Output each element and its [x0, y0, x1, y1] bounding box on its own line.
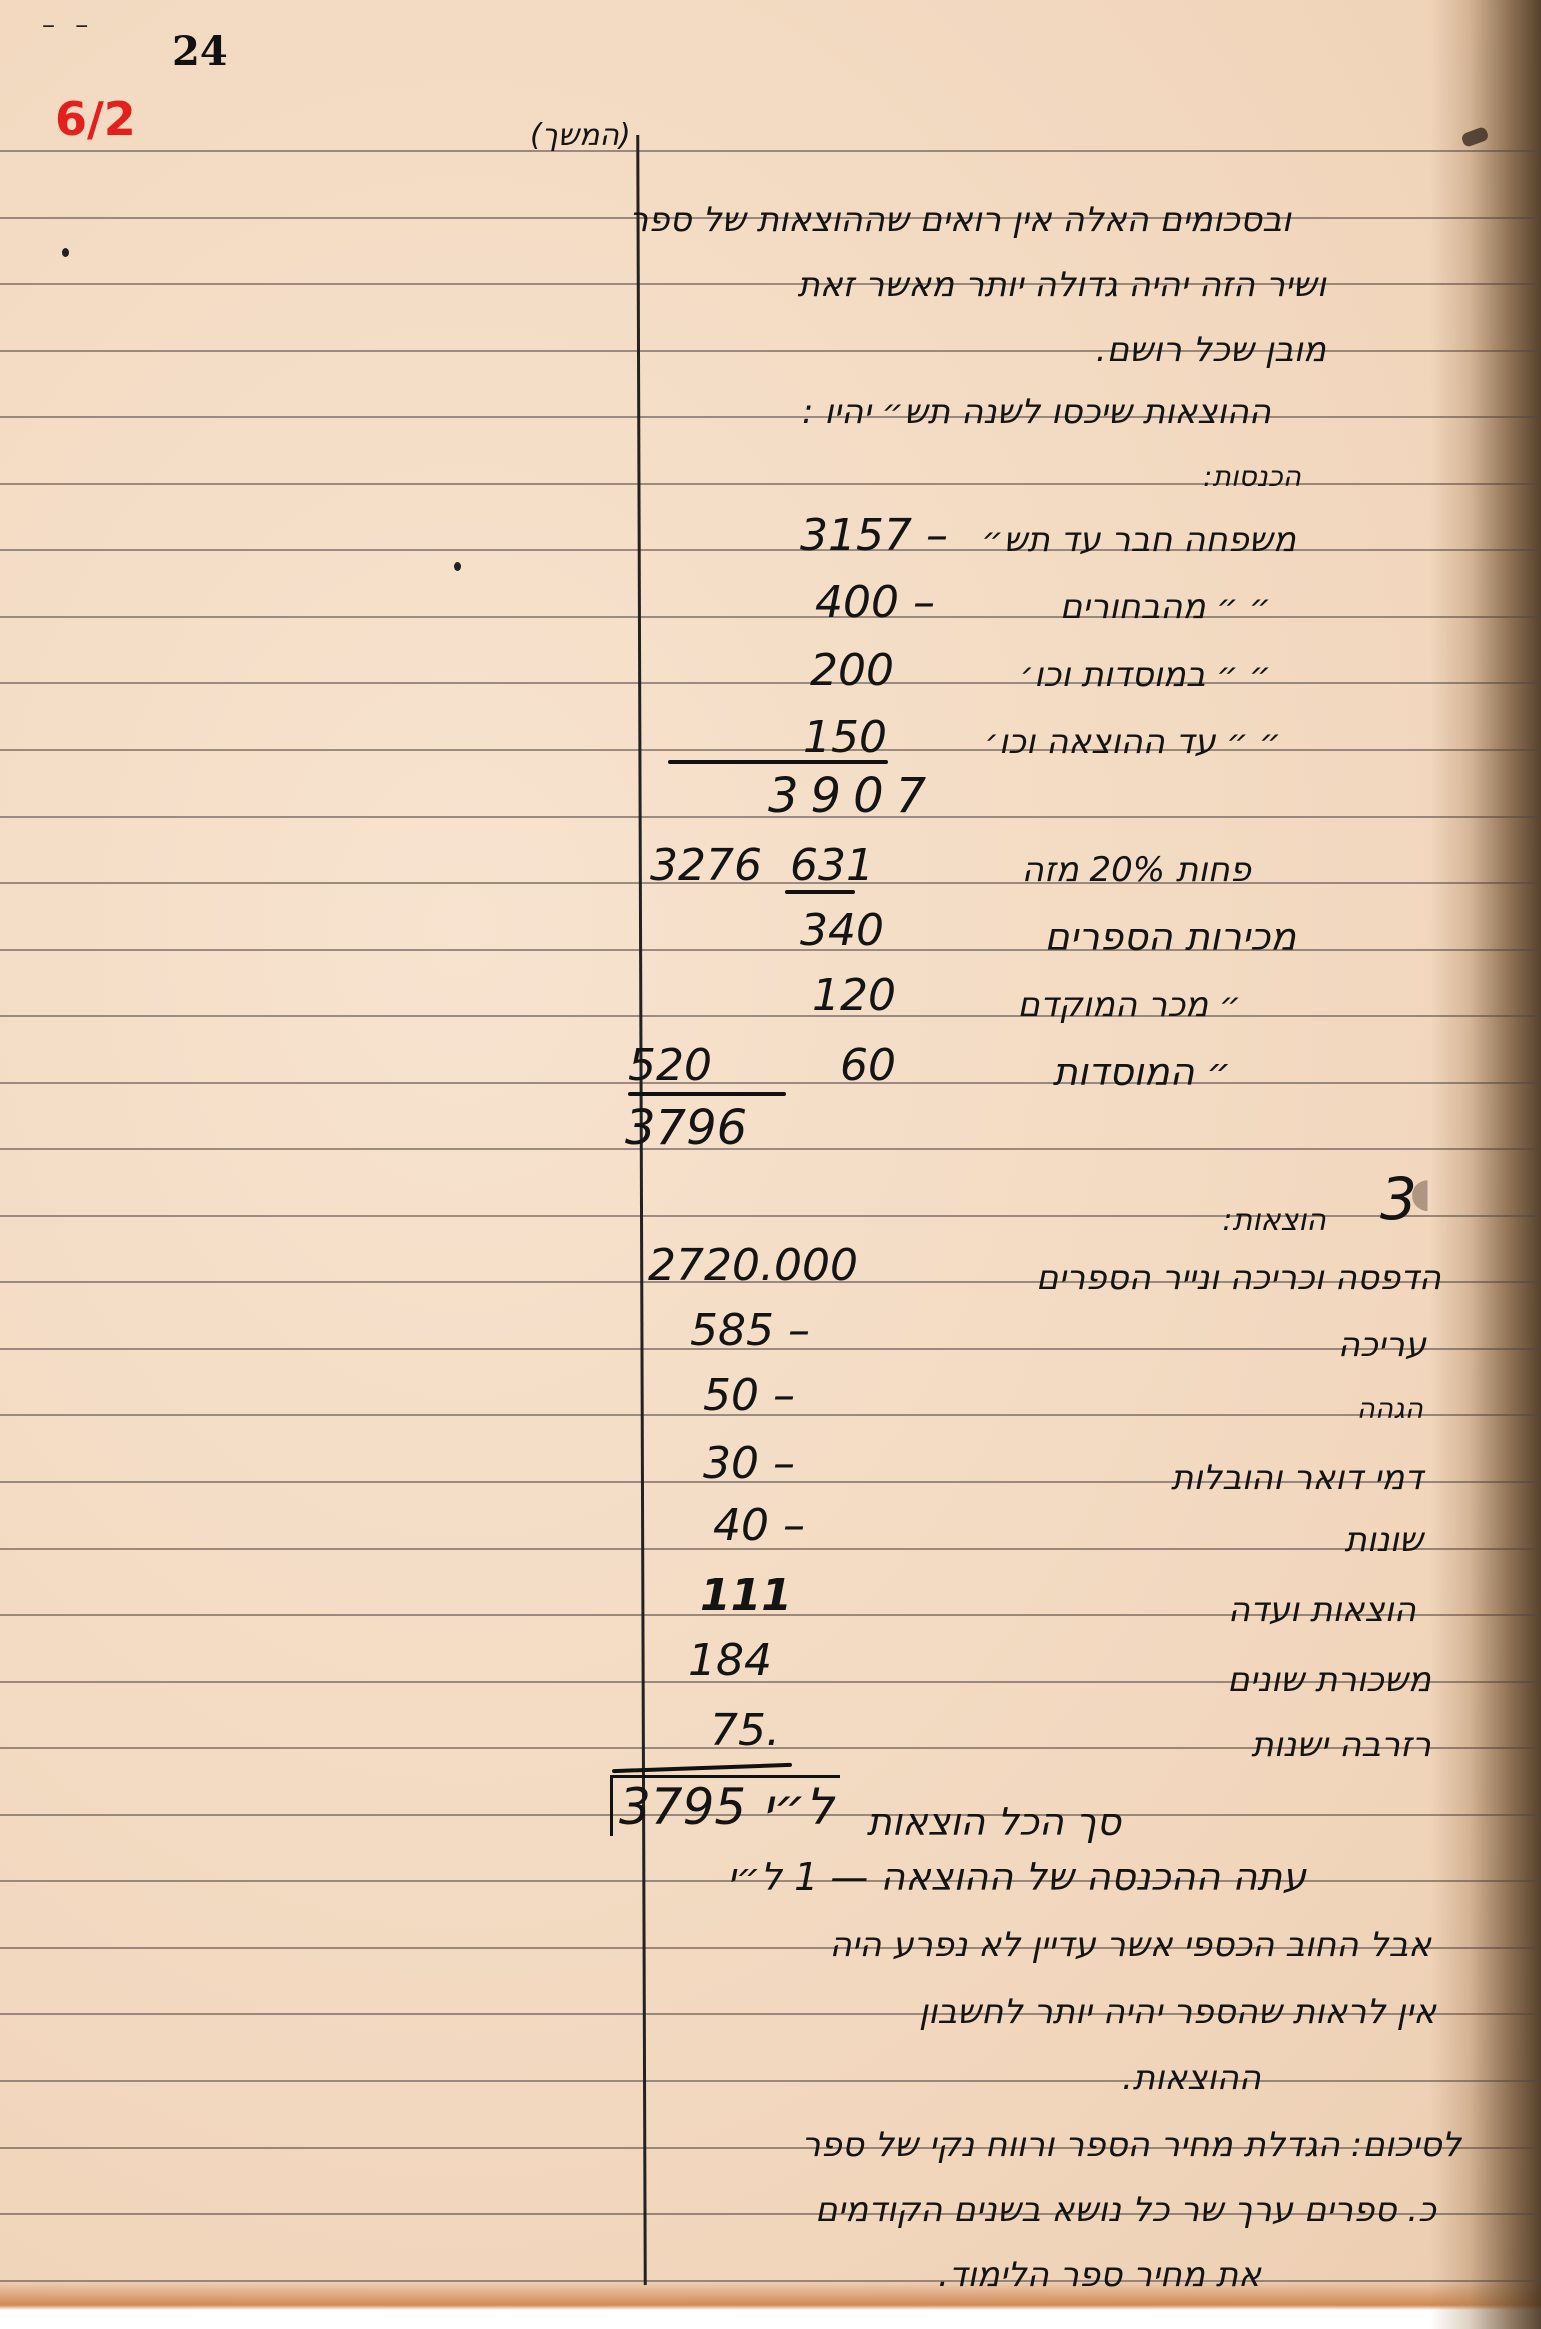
closing-line: עתה ההכנסה של ההוצאה — 1 ל״י	[727, 1855, 1306, 1899]
expense-amount: 184	[688, 1635, 772, 1686]
ink-dot	[62, 248, 69, 257]
intro-line: ההוצאות שיכסו לשנה תש״ יהיו :	[802, 392, 1271, 432]
expense-amount: 30 –	[703, 1438, 795, 1489]
income-amount: 3157 –	[800, 510, 948, 561]
margin-line	[636, 135, 647, 2285]
total-rule	[628, 1092, 786, 1096]
ruled-line	[0, 416, 1541, 418]
expense-label: שונות	[1344, 1520, 1423, 1560]
expense-label: הדפסה וכריכה ונייר הספרים	[1036, 1258, 1441, 1298]
intro-line: ושיר הזה יהיה גדולה יותר מאשר זאת	[706, 265, 1326, 305]
ruled-line	[0, 1148, 1541, 1150]
expense-amount: 50 –	[703, 1370, 795, 1421]
intro-line: ובסכומים האלה אין רואים שההוצאות של ספר	[671, 200, 1291, 240]
adjustment-label: ״ מכר המוקדם	[1017, 985, 1241, 1025]
ruled-line	[0, 483, 1541, 485]
expense-label: משכורת שונים	[1227, 1660, 1431, 1700]
closing-line: ההוצאות.	[1122, 2058, 1261, 2098]
ruled-line	[0, 150, 1541, 152]
notebook-page: – – 24 6/2 (המשך) ובסכומים האלה אין רואי…	[0, 0, 1541, 2329]
income-label: ״ ״ מהבחורים	[1060, 587, 1271, 627]
expenses-heading: הוצאות:	[1222, 1203, 1326, 1238]
adjustment-rule	[785, 890, 855, 894]
expense-total-label: סך הכל הוצאות	[867, 1800, 1121, 1844]
expense-amount: 2720.000	[648, 1240, 858, 1291]
expense-amount: 75.	[710, 1705, 780, 1756]
expense-label: הגהה	[1357, 1392, 1423, 1425]
income-amount: 200	[810, 645, 894, 696]
expense-label: דמי דואר והובלות	[1171, 1458, 1423, 1498]
income-label: ״ ״ במוסדות וכו׳	[1020, 655, 1271, 695]
adjustment-left-amount: 3276	[650, 840, 762, 891]
adjustment-amount: 60	[840, 1040, 896, 1091]
closing-line: אבל החוב הכספי אשר עדיין לא נפרע היה	[829, 1925, 1431, 1965]
ruled-line	[0, 882, 1541, 884]
expense-label: הוצאות ועדה	[1228, 1590, 1416, 1630]
expense-total: 3795 ל״י	[610, 1775, 840, 1836]
adjustment-amount: 120	[812, 970, 896, 1021]
intro-line: מובן שכל רושם.	[1096, 330, 1326, 370]
income-label: ״ ״ עד ההוצאה וכו׳	[985, 722, 1281, 762]
closing-line: את מחיר ספר הלימוד.	[938, 2255, 1261, 2295]
expense-amount: 40 –	[713, 1500, 805, 1551]
ruled-line	[0, 549, 1541, 551]
page-number: 24	[172, 28, 228, 75]
adjustment-amount: 340	[800, 905, 884, 956]
adjustment-label: ״ המוסדות	[1053, 1050, 1231, 1094]
income-label: משפחה חבר עד תש״	[981, 520, 1296, 560]
adjustment-amount: 631	[790, 840, 874, 891]
income-heading: הכנסות:	[1203, 460, 1301, 493]
income-amount: 400 –	[815, 577, 935, 628]
subtotal-rule	[668, 760, 888, 764]
expense-amount: 111	[700, 1570, 792, 1621]
income-total: 3796	[625, 1100, 747, 1156]
top-marks: – –	[42, 10, 94, 40]
closing-line: כ. ספרים ערך שר כל נושא בשנים הקודמים	[815, 2190, 1436, 2230]
red-annotation: 6/2	[55, 92, 136, 146]
expense-total-rule	[612, 1763, 792, 1773]
expense-label: עריכה	[1338, 1325, 1426, 1365]
ruled-line	[0, 616, 1541, 618]
ink-bleed: ◖	[1410, 1170, 1431, 1216]
adjustment-label: מכירות הספרים	[1044, 915, 1296, 959]
ink-smudge	[1460, 126, 1489, 148]
ruled-line	[0, 1015, 1541, 1017]
ruled-line	[0, 682, 1541, 684]
closing-line: אין לראות שהספר יהיה יותר לחשבון	[919, 1992, 1436, 2032]
header-note: (המשך)	[530, 118, 631, 153]
ruled-line	[0, 2080, 1541, 2082]
income-subtotal: 3907	[768, 768, 938, 824]
expense-amount: 585 –	[690, 1305, 810, 1356]
income-amount: 150	[803, 712, 887, 763]
expense-label: רזרבה ישנות	[1251, 1725, 1431, 1765]
ruled-line	[0, 1082, 1541, 1084]
ruled-line	[0, 2280, 1541, 2282]
ruled-line	[0, 749, 1541, 751]
closing-line: לסיכום: הגדלת מחיר הספר ורווח נקי של ספר	[801, 2125, 1461, 2165]
ruled-line	[0, 949, 1541, 951]
adjustment-left-amount: 520	[628, 1040, 712, 1091]
ink-dot	[454, 562, 461, 571]
adjustment-label: פחות 20% מזה	[1022, 850, 1251, 890]
